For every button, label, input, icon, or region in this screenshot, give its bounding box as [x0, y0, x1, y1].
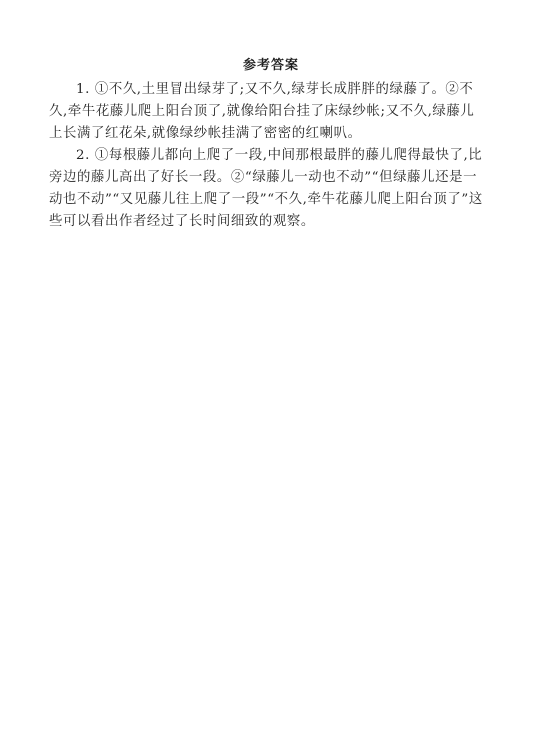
answer-2-line-1: 2. ①每根藤儿都向上爬了一段,中间那根最胖的藤儿爬得最快了,比 [49, 145, 491, 167]
answer-1: 1. ①不久,土里冒出绿芽了;又不久,绿芽长成胖胖的绿藤了。②不 久,牵牛花藤儿… [49, 79, 491, 145]
answer-2: 2. ①每根藤儿都向上爬了一段,中间那根最胖的藤儿爬得最快了,比 旁边的藤儿高出… [49, 145, 491, 233]
answer-2-line-2: 旁边的藤儿高出了好长一段。②“绿藤儿一动也不动”“但绿藤儿还是一 [49, 167, 491, 189]
answer-1-line-3: 上长满了红花朵,就像绿纱帐挂满了密密的红喇叭。 [49, 123, 491, 145]
answer-1-line-1: 1. ①不久,土里冒出绿芽了;又不久,绿芽长成胖胖的绿藤了。②不 [49, 79, 491, 101]
document-page: 参考答案 1. ①不久,土里冒出绿芽了;又不久,绿芽长成胖胖的绿藤了。②不 久,… [0, 0, 542, 754]
page-title: 参考答案 [0, 57, 542, 75]
answer-1-line-2: 久,牵牛花藤儿爬上阳台顶了,就像给阳台挂了床绿纱帐;又不久,绿藤儿 [49, 101, 491, 123]
answer-2-line-3: 动也不动”“又见藤儿往上爬了一段”“不久,牵牛花藤儿爬上阳台顶了”这 [49, 189, 491, 211]
answer-content: 1. ①不久,土里冒出绿芽了;又不久,绿芽长成胖胖的绿藤了。②不 久,牵牛花藤儿… [49, 79, 491, 233]
answer-2-line-4: 些可以看出作者经过了长时间细致的观察。 [49, 211, 491, 233]
